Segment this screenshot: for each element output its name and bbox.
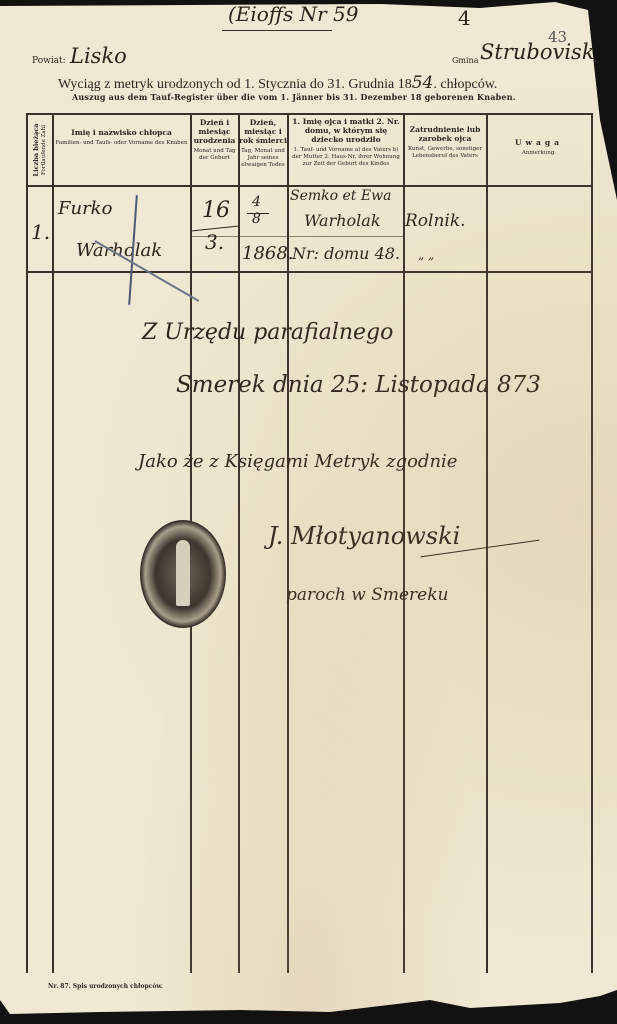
page-number-left: 4 — [458, 6, 471, 30]
header-col-name: Imię i nazwisko chłopca Familien- und Ta… — [53, 128, 190, 147]
title-prefix: Wyciąg z metryk urodzonych od 1. Styczni… — [58, 77, 412, 92]
header-col-birth: Dzień i miesiąc urodzenia Monat und Tag … — [191, 118, 238, 162]
certificate-page: (Eioffs Nr 59 4 43 Powiat: Lisko Gmina S… — [0, 0, 617, 1024]
col-border-1 — [52, 113, 54, 973]
parents-names: Semko et Ewa — [290, 188, 391, 204]
col-border-0 — [26, 113, 28, 973]
col-border-7 — [591, 113, 593, 973]
title-year: 54 — [412, 73, 434, 93]
birth-month: 3. — [205, 230, 224, 254]
col-border-6 — [486, 113, 488, 973]
form-number: Nr. 87. Spis urodzonych chłopców. — [48, 983, 163, 990]
attestation-place-date: Smerek dnia 25: Listopada 873 — [176, 372, 541, 398]
title-german: Auszug aus dem Tauf-Register über die vo… — [72, 92, 516, 102]
gmina-label: Gmina — [452, 56, 478, 65]
attestation-conformity: Jako że z Księgami Metryk zgodnie — [138, 451, 457, 472]
col-border-3 — [238, 113, 240, 973]
title-suffix: . chłopców. — [433, 77, 497, 92]
archive-note: (Eioffs Nr 59 — [228, 2, 359, 26]
father-occupation: Rolnik. — [405, 211, 466, 231]
header-col-number: Liczba bieżąca Fortlaufende Zahl — [27, 114, 52, 185]
house-number: Nr: domu 48. — [292, 244, 400, 263]
occupation-ditto: „ „ — [418, 248, 434, 262]
powiat-value: Lisko — [70, 44, 127, 68]
priest-title: paroch w Smereku — [286, 585, 448, 605]
powiat-label: Powiat: — [32, 56, 66, 66]
death-year: 1868. — [242, 243, 294, 264]
parents-surname: Warholak — [304, 211, 381, 230]
header-col-parents: 1. Imię ojca i matki 2. Nr. domu, w któr… — [290, 117, 402, 168]
surname: Warholak — [76, 240, 162, 261]
header-col-death: Dzień, miesiąc i rok śmierci Tag, Monat … — [239, 118, 287, 169]
header-col-occupation: Zatrudnienie lub zarobek ojca Kunst, Gew… — [405, 125, 485, 160]
row-bottom-border — [26, 271, 593, 273]
header-col-remarks: Uwaga Anmerkung. — [487, 138, 591, 157]
seal-figure-icon — [176, 540, 190, 606]
gmina-value: Struboviska — [480, 40, 607, 64]
archive-note-underline — [222, 30, 332, 31]
table-top-border — [26, 113, 593, 115]
death-day: 4 — [252, 194, 261, 210]
header-bottom-border — [26, 185, 593, 187]
birth-day: 16 — [202, 198, 230, 223]
title-polish: Wyciąg z metryk urodzonych od 1. Styczni… — [58, 73, 497, 93]
given-name: Furko — [58, 198, 112, 219]
priest-signature: J. Młotyanowski — [268, 522, 460, 550]
attestation-office: Z Urzędu parafialnego — [142, 320, 393, 345]
death-month: 8 — [252, 211, 261, 227]
parish-seal — [140, 520, 226, 628]
row-number: 1. — [31, 220, 50, 244]
